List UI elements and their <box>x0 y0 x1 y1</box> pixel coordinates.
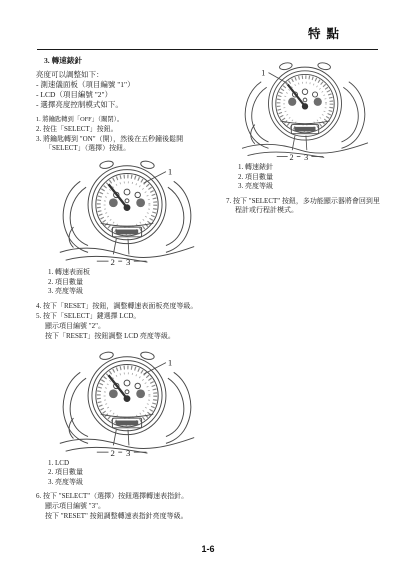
intro-paragraph: 亮度可以調整如下： - 測速儀面板（項目編號 "1"） - LCD（項目編號 "… <box>36 70 218 110</box>
manual-page: 特點 3. 轉速錶針 亮度可以調整如下： - 測速儀面板（項目編號 "1"） -… <box>0 0 416 588</box>
step-item: 1. 將鑰匙轉到「OFF」（關閉）。 <box>36 115 218 124</box>
figure-label: 3. 亮度等級 <box>48 287 218 297</box>
figure-b-labels: 1. LCD 2. 項目數量 3. 亮度等級 <box>48 459 218 488</box>
instrument-cluster-figure-a: 1 2 3 1. 轉速表面板 2. 項目數量 3. 亮度等級 <box>36 156 218 297</box>
step-item: 6. 按下 "SELECT"（選擇）按鈕選擇轉速表指針。 <box>36 492 218 501</box>
figure-callout: 1 <box>168 357 172 367</box>
figure-callout: 2 <box>110 257 114 267</box>
header-divider <box>37 49 378 50</box>
step-subitem: 顯示項目編號 "2"。 <box>36 322 218 331</box>
step-item: 2. 按住「SELECT」按鈕。 <box>36 125 218 134</box>
step-subitem: 顯示項目編號 "3"。 <box>36 502 218 511</box>
steps-1-3: 1. 將鑰匙轉到「OFF」（關閉）。 2. 按住「SELECT」按鈕。 3. 將… <box>36 115 218 153</box>
section-heading: 3. 轉速錶針 <box>44 55 218 66</box>
figure-label: 3. 亮度等級 <box>48 478 218 488</box>
figure-label: 2. 項目數量 <box>238 173 384 183</box>
steps-6: 6. 按下 "SELECT"（選擇）按鈕選擇轉速表指針。 顯示項目編號 "3"。… <box>36 492 218 521</box>
step-7: 7. 按下 "SELECT" 按鈕，多功能顯示器將會回到里程計或行程計模式。 <box>226 197 384 215</box>
steps-4-5: 4. 按下「RESET」按鈕，調整轉速表面板亮度等級。 5. 按下「SELECT… <box>36 302 218 341</box>
figure-callout: 1 <box>261 68 265 77</box>
intro-line: - LCD（項目編號 "2"） <box>36 90 218 100</box>
step-item: 4. 按下「RESET」按鈕，調整轉速表面板亮度等級。 <box>36 302 218 311</box>
instrument-cluster-figure-c: 1 2 3 1. 轉速錶針 2. 項目數量 3. 亮度等級 <box>226 58 384 192</box>
figure-label: 3. 亮度等級 <box>238 182 384 192</box>
intro-line: 亮度可以調整如下： <box>36 70 218 80</box>
instrument-cluster-figure-b: 1 2 3 1. LCD 2. 項目數量 3. 亮度等級 <box>36 347 218 488</box>
figure-callout: 1 <box>168 167 172 177</box>
figure-label: 1. 轉速表面板 <box>48 268 218 278</box>
step-subitem: 按下 "RESET" 按鈕調整轉速表指針亮度等級。 <box>36 512 218 521</box>
figure-callout: 3 <box>126 448 131 458</box>
figure-callout: 2 <box>289 153 293 162</box>
instrument-cluster-illustration: 1 2 3 <box>227 58 383 162</box>
figure-callout: 2 <box>110 448 114 458</box>
figure-callout: 3 <box>304 153 308 162</box>
step-subitem: 按下「RESET」按鈕調整 LCD 亮度等級。 <box>36 332 218 341</box>
step-item: 3. 將鑰匙轉到 "ON"（開），然後在五秒鐘後鬆開「SELECT」（選擇）按鈕… <box>36 135 218 153</box>
figure-c-labels: 1. 轉速錶針 2. 項目數量 3. 亮度等級 <box>238 163 384 192</box>
step-item: 7. 按下 "SELECT" 按鈕，多功能顯示器將會回到里程計或行程計模式。 <box>226 197 384 215</box>
left-column: 3. 轉速錶針 亮度可以調整如下： - 測速儀面板（項目編號 "1"） - LC… <box>36 55 218 522</box>
figure-callout: 3 <box>126 257 131 267</box>
page-number: 1-6 <box>0 544 416 554</box>
figure-label: 1. 轉速錶針 <box>238 163 384 173</box>
instrument-cluster-illustration: 1 2 3 <box>44 156 210 267</box>
figure-label: 2. 項目數量 <box>48 278 218 288</box>
step-item: 5. 按下「SELECT」鍵選擇 LCD。 <box>36 312 218 321</box>
intro-line: - 選擇亮度控制模式如下。 <box>36 100 218 110</box>
figure-label: 1. LCD <box>48 459 218 469</box>
intro-line: - 測速儀面板（項目編號 "1"） <box>36 80 218 90</box>
figure-label: 2. 項目數量 <box>48 468 218 478</box>
page-title: 特點 <box>308 24 345 42</box>
right-column: 1 2 3 1. 轉速錶針 2. 項目數量 3. 亮度等級 7. 按下 "SEL… <box>226 58 384 216</box>
figure-a-labels: 1. 轉速表面板 2. 項目數量 3. 亮度等級 <box>48 268 218 297</box>
instrument-cluster-illustration: 1 2 3 <box>44 347 210 458</box>
